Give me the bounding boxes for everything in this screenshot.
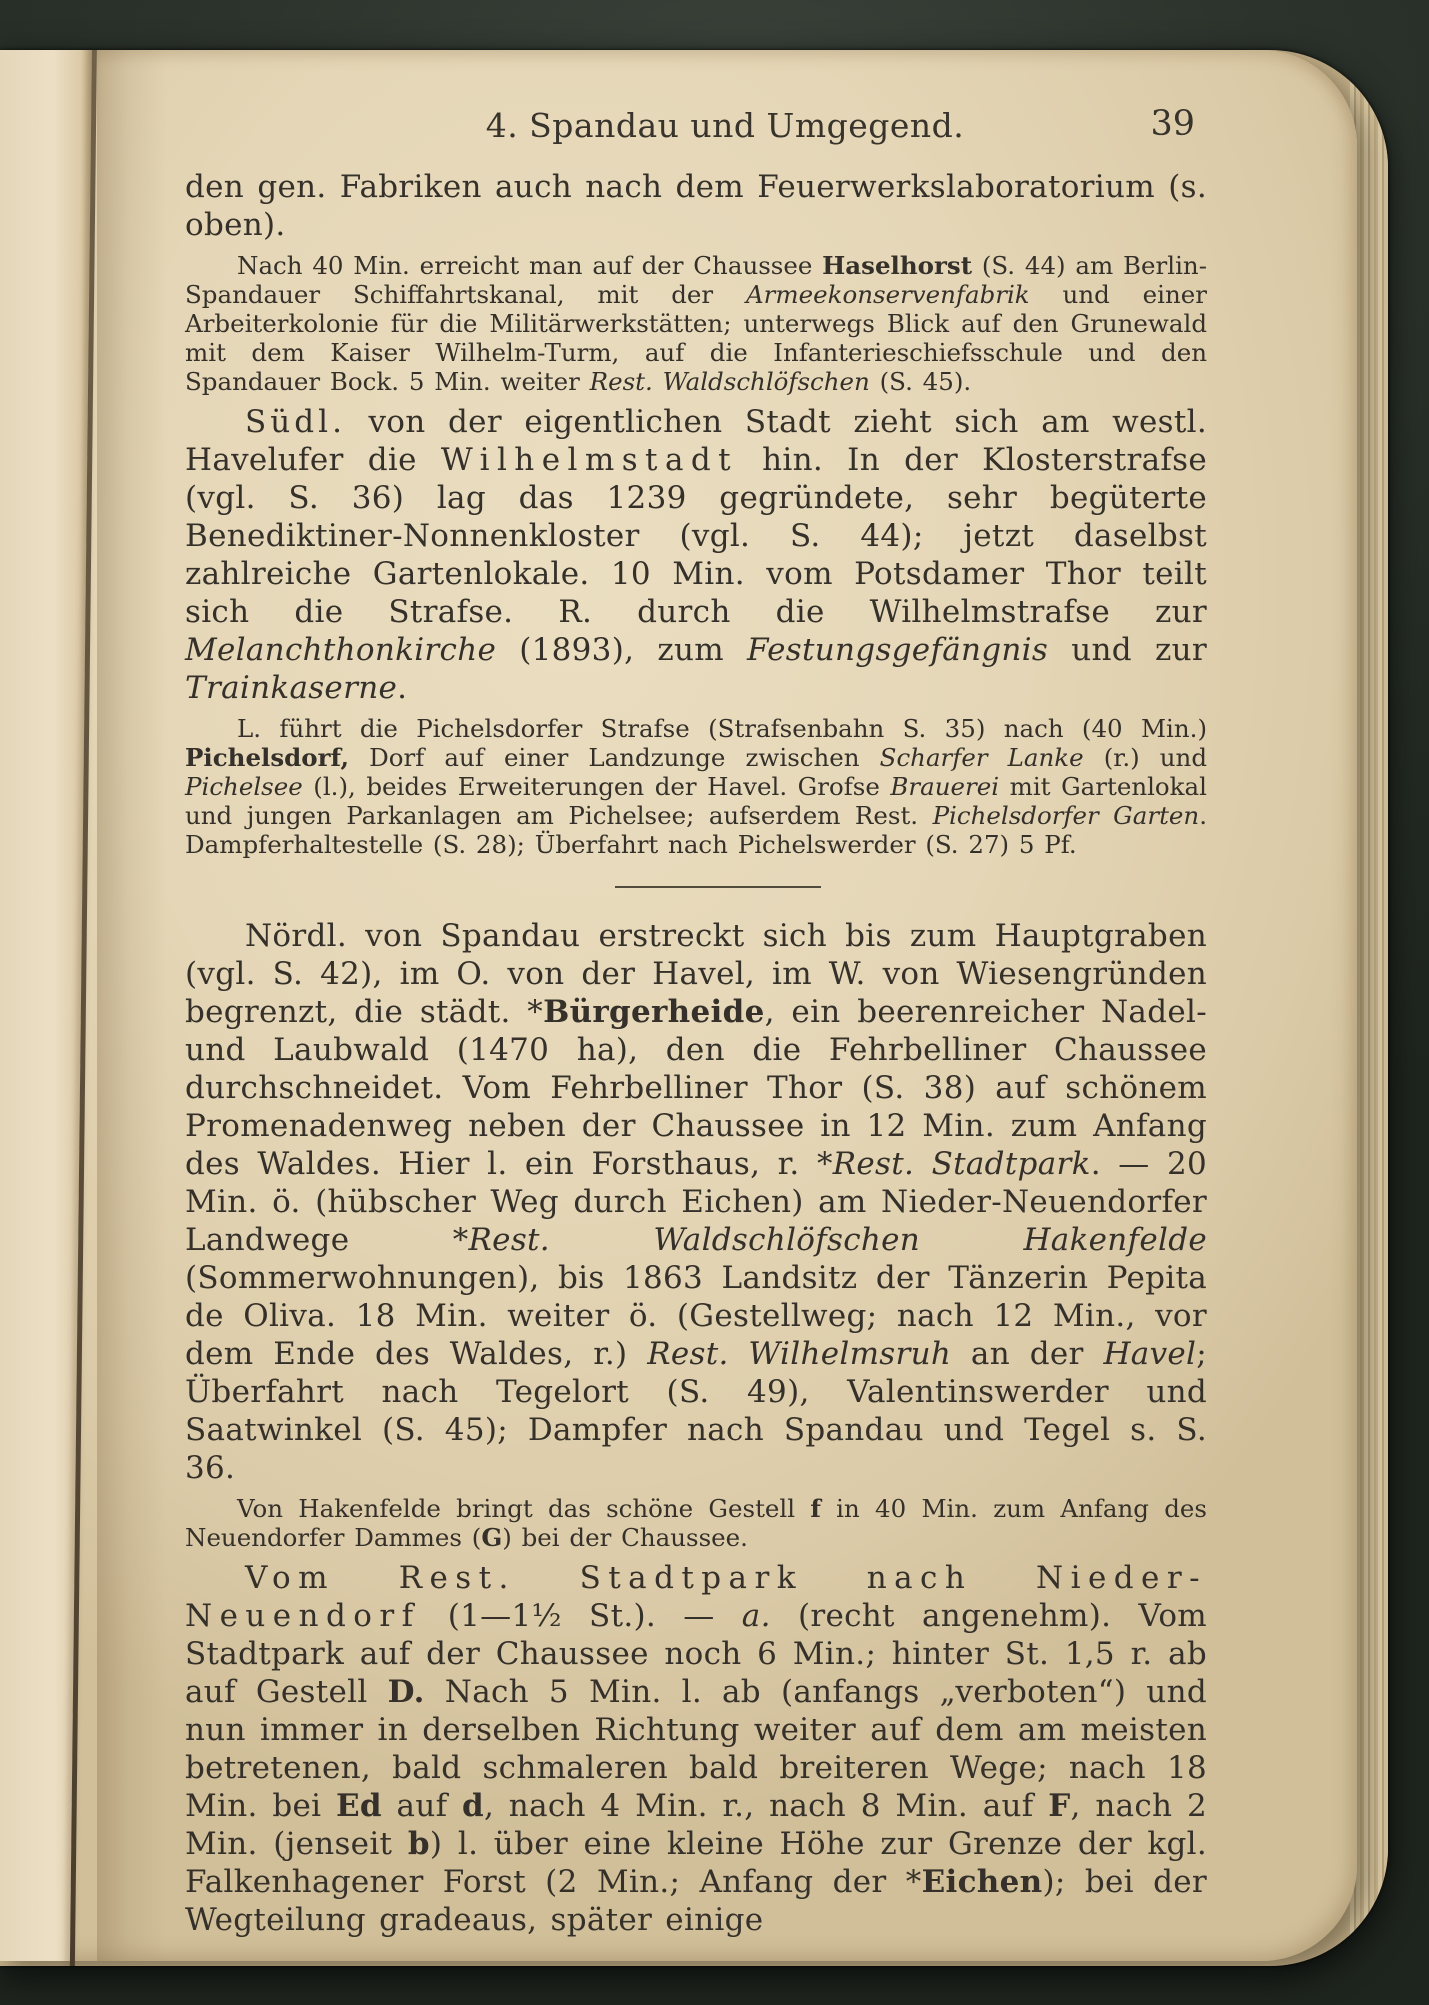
text-run: f (810, 1494, 821, 1523)
text-run: (S. 45). (870, 367, 971, 396)
text-run: Rest. Waldschlöfschen Hakenfelde (469, 1222, 1207, 1258)
text-run: Rest. Waldschlöfschen (590, 367, 870, 396)
text-run: Eichen (922, 1864, 1043, 1900)
page-number: 39 (1150, 104, 1195, 144)
screenshot-root: { "header": { "title": "4. Spandau und U… (0, 0, 1429, 2005)
running-header: 4. Spandau und Umgegend. 39 (185, 106, 1207, 154)
text-run: Südl. (245, 404, 346, 440)
page-stack: 4. Spandau und Umgegend. 39 den gen. Fab… (0, 50, 1388, 1966)
book-page: 4. Spandau und Umgegend. 39 den gen. Fab… (0, 50, 1357, 1961)
text-run: D. (388, 1674, 425, 1710)
text-run: L. führt die Pichelsdorfer Strafse (Stra… (237, 714, 1207, 743)
text-run: an der (951, 1336, 1103, 1372)
text-run: Dorf auf einer Landzunge zwischen (349, 743, 880, 772)
text-run: (r.) und (1084, 743, 1207, 772)
text-run: Ed (336, 1788, 382, 1824)
text-run: Bürgerheide (543, 994, 765, 1030)
paragraph-small: Nach 40 Min. erreicht man auf der Chauss… (185, 251, 1207, 396)
text-run: Armeekonservenfabrik (746, 280, 1030, 309)
text-run: auf (382, 1788, 462, 1824)
text-run: Trainkaserne (185, 670, 397, 706)
text-run: Nach 40 Min. erreicht man auf der Chauss… (237, 251, 822, 280)
text-run: Melanchthonkirche (185, 632, 496, 668)
text-run: den gen. Fabriken auch nach dem Feuerwer… (185, 169, 1207, 243)
text-run: Haselhorst (822, 251, 972, 280)
text-run: a. (742, 1598, 771, 1634)
text-run: Rest. Wilhelmsruh (647, 1336, 951, 1372)
text-run: Rest. Stadtpark (833, 1146, 1091, 1182)
text-run: Pichelsee (185, 772, 303, 801)
text-run: , nach 4 Min. r., nach 8 Min. auf (484, 1788, 1048, 1824)
paragraph-main: Vom Rest. Stadtpark nach Nieder-Neuendor… (185, 1559, 1207, 1939)
text-run: . (397, 670, 407, 706)
gutter-shadow (97, 50, 167, 1961)
text-run: b (408, 1826, 430, 1862)
text-run: ) bei der Chaussee. (502, 1523, 748, 1552)
text-run: Havel (1103, 1336, 1196, 1372)
text-column: 4. Spandau und Umgegend. 39 den gen. Fab… (185, 106, 1207, 1939)
text-run: (1—1½ St.). — (421, 1598, 742, 1634)
text-run: und zur (1048, 632, 1207, 668)
text-run: (1893), zum (496, 632, 747, 668)
paragraph-main: Südl. von der eigentlichen Stadt zieht s… (185, 403, 1207, 707)
paragraph-small: Von Hakenfelde bringt das schöne Gestell… (185, 1494, 1207, 1552)
text-run: Festungsgefängnis (747, 632, 1048, 668)
text-run: Brauerei (890, 772, 999, 801)
text-run: G (481, 1523, 502, 1552)
paragraph-main: Nördl. von Spandau erstreckt sich bis zu… (185, 917, 1207, 1487)
text-run: F (1048, 1788, 1070, 1824)
page-title: 4. Spandau und Umgegend. (486, 106, 965, 145)
paragraph-main: den gen. Fabriken auch nach dem Feuerwer… (185, 168, 1207, 244)
text-body: den gen. Fabriken auch nach dem Feuerwer… (185, 168, 1207, 1939)
section-divider (615, 886, 821, 888)
text-run: Von Hakenfelde bringt das schöne Gestell (237, 1494, 810, 1523)
text-run: Scharfer Lanke (880, 743, 1084, 772)
text-run: d (462, 1788, 484, 1824)
paragraph-small: L. führt die Pichelsdorfer Strafse (Stra… (185, 714, 1207, 859)
text-run: Pichelsdorfer Garten (933, 801, 1200, 830)
text-run: (l.), beides Erweiterungen der Havel. Gr… (303, 772, 891, 801)
text-run: Pichelsdorf, (185, 743, 349, 772)
text-run: Wilhelmstadt (441, 442, 738, 478)
book-photo: 4. Spandau und Umgegend. 39 den gen. Fab… (0, 0, 1429, 2005)
